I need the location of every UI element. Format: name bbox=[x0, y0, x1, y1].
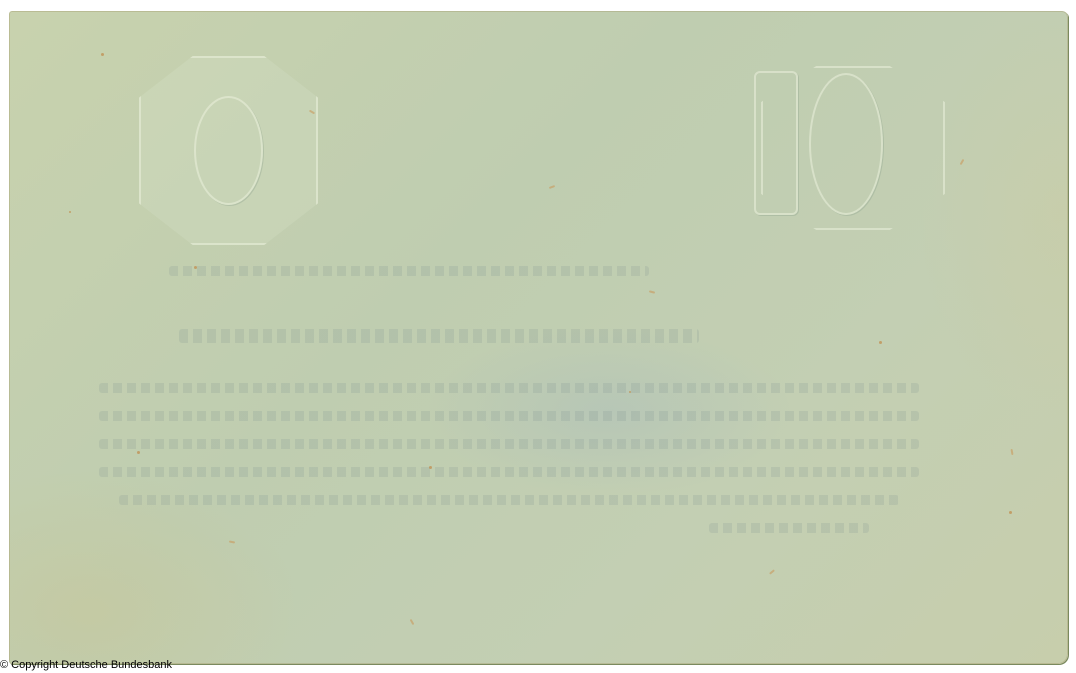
show-through-text bbox=[709, 523, 869, 533]
show-through-text bbox=[99, 411, 919, 421]
right-emboss-frame bbox=[761, 66, 945, 230]
banknote-reverse bbox=[9, 11, 1068, 664]
show-through-text bbox=[119, 495, 899, 505]
show-through-text bbox=[99, 467, 919, 477]
show-through-text bbox=[99, 439, 919, 449]
copyright-caption: © Copyright Deutsche Bundesbank bbox=[0, 659, 172, 672]
show-through-text bbox=[169, 266, 649, 276]
show-through-text bbox=[99, 383, 919, 393]
left-emboss-oval bbox=[194, 96, 263, 205]
show-through-text bbox=[179, 329, 699, 343]
